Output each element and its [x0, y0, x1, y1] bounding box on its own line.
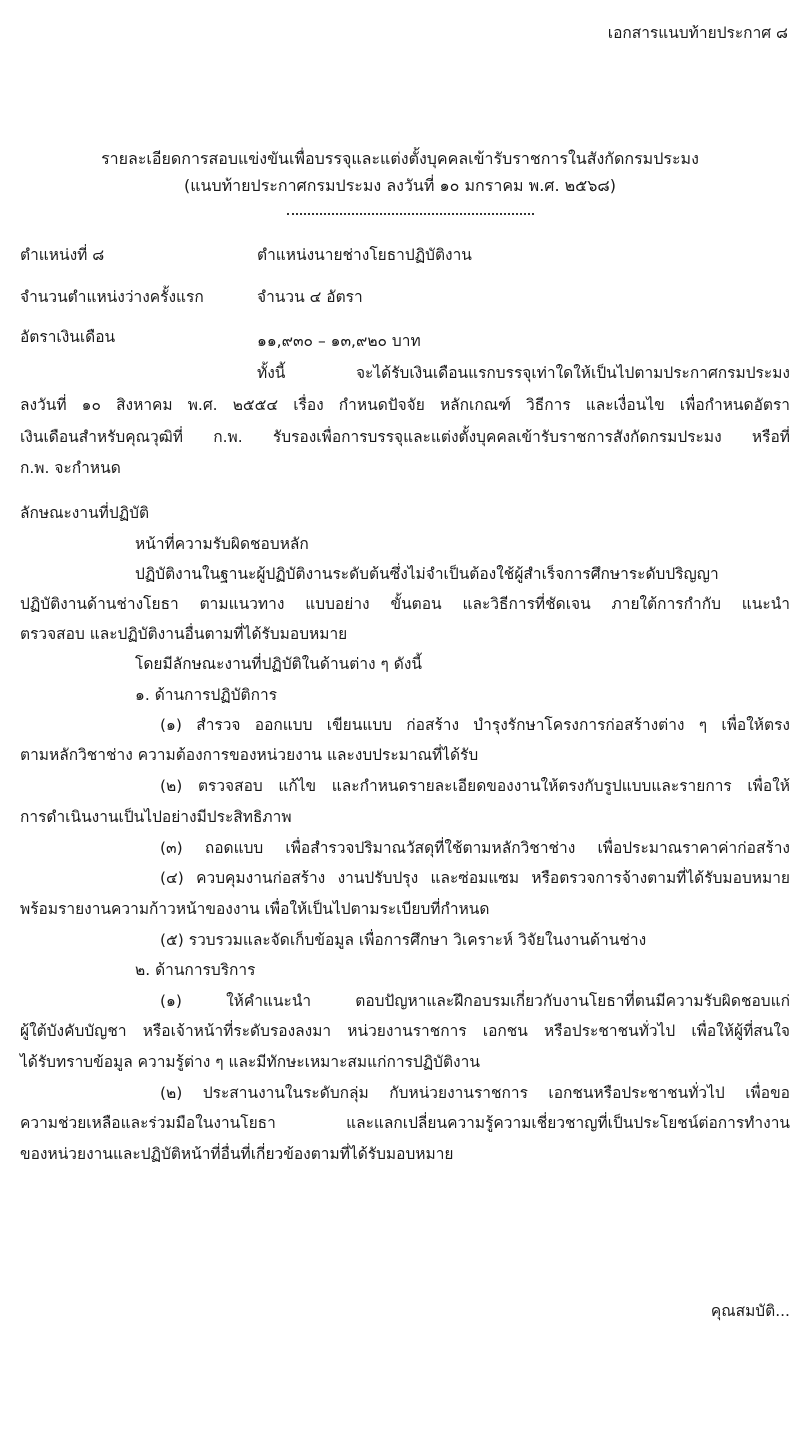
main-duty-line: ปฏิบัติงานในฐานะผู้ปฏิบัติงานระดับต้นซึ่…	[135, 563, 790, 585]
salary-note-line: เงินเดือนสำหรับคุณวุฒิที่ ก.พ. รับรองเพื…	[20, 426, 790, 448]
title-divider	[287, 211, 534, 215]
services-item-2-line: ความช่วยเหลือและร่วมมือในงานโยธา และแลกเ…	[20, 1112, 790, 1134]
position-number-label: ตำแหน่งที่ ๘	[20, 244, 104, 266]
main-duty-heading: หน้าที่ความรับผิดชอบหลัก	[135, 533, 309, 555]
services-item-2-line: (๒) ประสานงานในระดับกลุ่ม กับหน่วยงานราช…	[160, 1082, 790, 1104]
vacancy-count-label: จำนวนตำแหน่งว่างครั้งแรก	[20, 286, 204, 308]
services-item-1-line: ได้รับทราบข้อมูล ความรู้ต่าง ๆ และมีทักษ…	[20, 1051, 790, 1073]
operations-item-1-line: (๑) สำรวจ ออกแบบ เขียนแบบ ก่อสร้าง บำรุง…	[160, 714, 790, 736]
main-duty-line: ปฏิบัติงานด้านช่างโยธา ตามแนวทาง แบบอย่า…	[20, 593, 790, 615]
services-item-2-line: ของหน่วยงานและปฏิบัติหน้าที่อื่นที่เกี่ย…	[20, 1143, 790, 1165]
services-item-1-line: (๑) ให้คำแนะนำ ตอบปัญหาและฝึกอบรมเกี่ยวก…	[160, 990, 790, 1012]
salary-value: ๑๑,๙๓๐ – ๑๓,๙๒๐ บาท	[257, 330, 421, 352]
continuation-marker: คุณสมบัติ...	[711, 1300, 790, 1322]
area-heading-operations: ๑. ด้านการปฏิบัติการ	[135, 684, 277, 706]
operations-item-4-line: (๔) ควบคุมงานก่อสร้าง งานปรับปรุง และซ่อ…	[160, 867, 790, 889]
operations-item-2-line: การดำเนินงานเป็นไปอย่างมีประสิทธิภาพ	[20, 806, 790, 828]
main-duty-line: ตรวจสอบ และปฏิบัติงานอื่นตามที่ได้รับมอบ…	[20, 623, 790, 645]
areas-intro: โดยมีลักษณะงานที่ปฏิบัติในด้านต่าง ๆ ดัง…	[135, 653, 422, 675]
services-item-1-line: ผู้ใต้บังคับบัญชา หรือเจ้าหน้าที่ระดับรอ…	[20, 1020, 790, 1042]
document-page: เอกสารแนบท้ายประกาศ ๘ รายละเอียดการสอบแข…	[0, 0, 800, 1450]
salary-note-line: ลงวันที่ ๑๐ สิงหาคม พ.ศ. ๒๕๕๔ เรื่อง กำห…	[20, 394, 790, 416]
salary-note-line: ก.พ. จะกำหนด	[20, 457, 790, 479]
annex-label: เอกสารแนบท้ายประกาศ ๘	[608, 22, 788, 44]
operations-item-5-line: (๕) รวบรวมและจัดเก็บข้อมูล เพื่อการศึกษา…	[160, 929, 646, 951]
operations-item-2-line: (๒) ตรวจสอบ แก้ไข และกำหนดรายละเอียดของง…	[160, 775, 790, 797]
salary-label: อัตราเงินเดือน	[20, 326, 115, 348]
document-title-line2: (แนบท้ายประกาศกรมประมง ลงวันที่ ๑๐ มกราค…	[0, 175, 800, 197]
vacancy-count-value: จำนวน ๔ อัตรา	[257, 286, 363, 308]
operations-item-4-line: พร้อมรายงานความก้าวหน้าของงาน เพื่อให้เป…	[20, 898, 790, 920]
salary-note-line: ทั้งนี้ จะได้รับเงินเดือนแรกบรรจุเท่าใดใ…	[257, 362, 790, 384]
document-title-line1: รายละเอียดการสอบแข่งขันเพื่อบรรจุและแต่ง…	[0, 148, 800, 170]
area-heading-services: ๒. ด้านการบริการ	[135, 959, 255, 981]
position-name-value: ตำแหน่งนายช่างโยธาปฏิบัติงาน	[257, 244, 472, 266]
section-heading-job-characteristics: ลักษณะงานที่ปฏิบัติ	[20, 502, 149, 524]
operations-item-1-line: ตามหลักวิชาช่าง ความต้องการของหน่วยงาน แ…	[20, 744, 790, 766]
operations-item-3-line: (๓) ถอดแบบ เพื่อสำรวจปริมาณวัสดุที่ใช้ตา…	[160, 837, 790, 859]
